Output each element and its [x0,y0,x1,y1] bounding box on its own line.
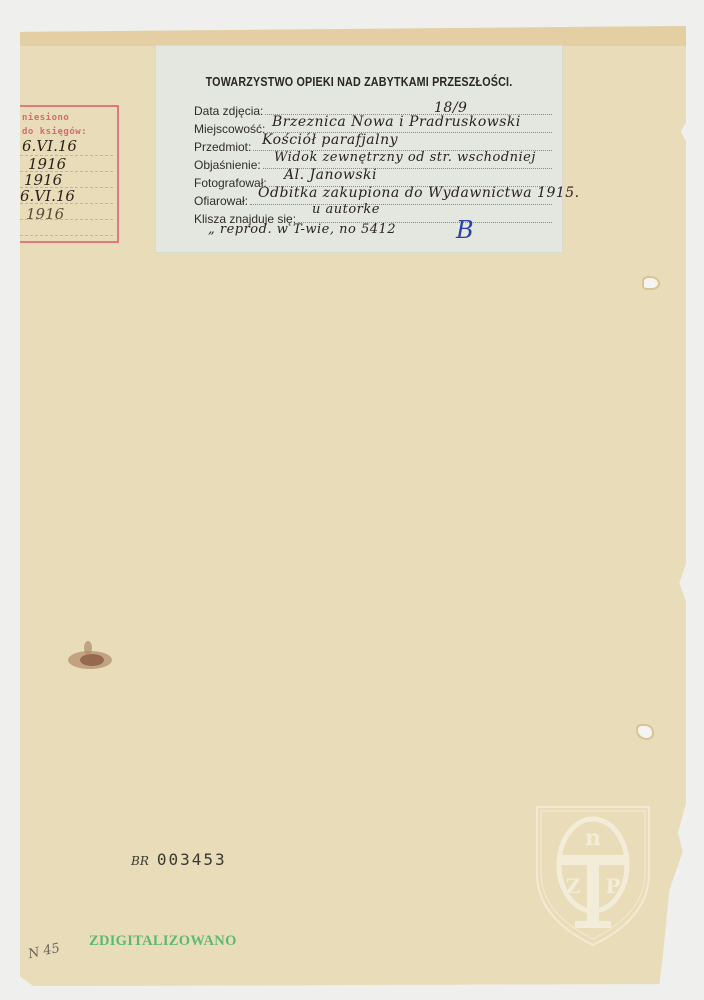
field-value-donor: Odbitka zakupiona do Wydawnictwa 1915. [258,185,580,201]
field-label: Data zdjęcia: [194,104,263,118]
digitized-stamp: ZDIGITALIZOWANO [89,933,237,950]
red-registry-stamp: niesiono do księgów: 6.VI.16 1916 1916 6… [20,105,119,243]
stamp-line-1: niesiono [22,113,69,123]
field-label: Ofiarował: [194,194,248,208]
archive-number-value: 003453 [157,850,227,869]
reproduction-note: „ reprod. w T-wie, no 5412 [208,222,396,237]
stamp-entry: 1916 [26,205,64,223]
field-value-location: Brzeznica Nowa i Pradruskowski [272,114,521,130]
sheet-top-edge [20,26,686,46]
field-label: Przedmiot: [194,140,251,154]
stamp-entry: 6.VI.16 [22,137,77,155]
stamp-line-2: do księgów: [22,127,87,137]
archive-prefix: BR [131,854,149,868]
paper-hole [642,276,660,290]
field-label: Fotografował: [194,176,267,190]
blue-letter-mark: B [456,216,474,244]
archive-number: BR003453 [131,850,227,869]
svg-text:Z: Z [566,874,581,898]
field-label: Objaśnienie: [194,158,261,172]
field-label: Miejscowość: [194,122,265,136]
catalog-label-card: TOWARZYSTWO OPIEKI NAD ZABYTKAMI PRZESZŁ… [155,45,563,253]
brown-stain [66,640,114,670]
field-value-description: Widok zewnętrzny od str. wschodniej [274,150,536,165]
svg-text:P: P [605,874,620,898]
field-value-subject: Kościół parafjalny [262,132,398,148]
paper-hole [636,724,654,740]
society-emblem-watermark: n Z P [533,803,653,948]
svg-text:n: n [585,825,601,851]
stamp-rule [20,235,113,236]
stamp-entry: 6.VI.16 [20,187,75,205]
society-title: TOWARZYSTWO OPIEKI NAD ZABYTKAMI PRZESZŁ… [184,75,533,89]
field-value-negative-location: u autorke [312,202,380,217]
field-value-photographer: Al. Janowski [284,167,377,183]
